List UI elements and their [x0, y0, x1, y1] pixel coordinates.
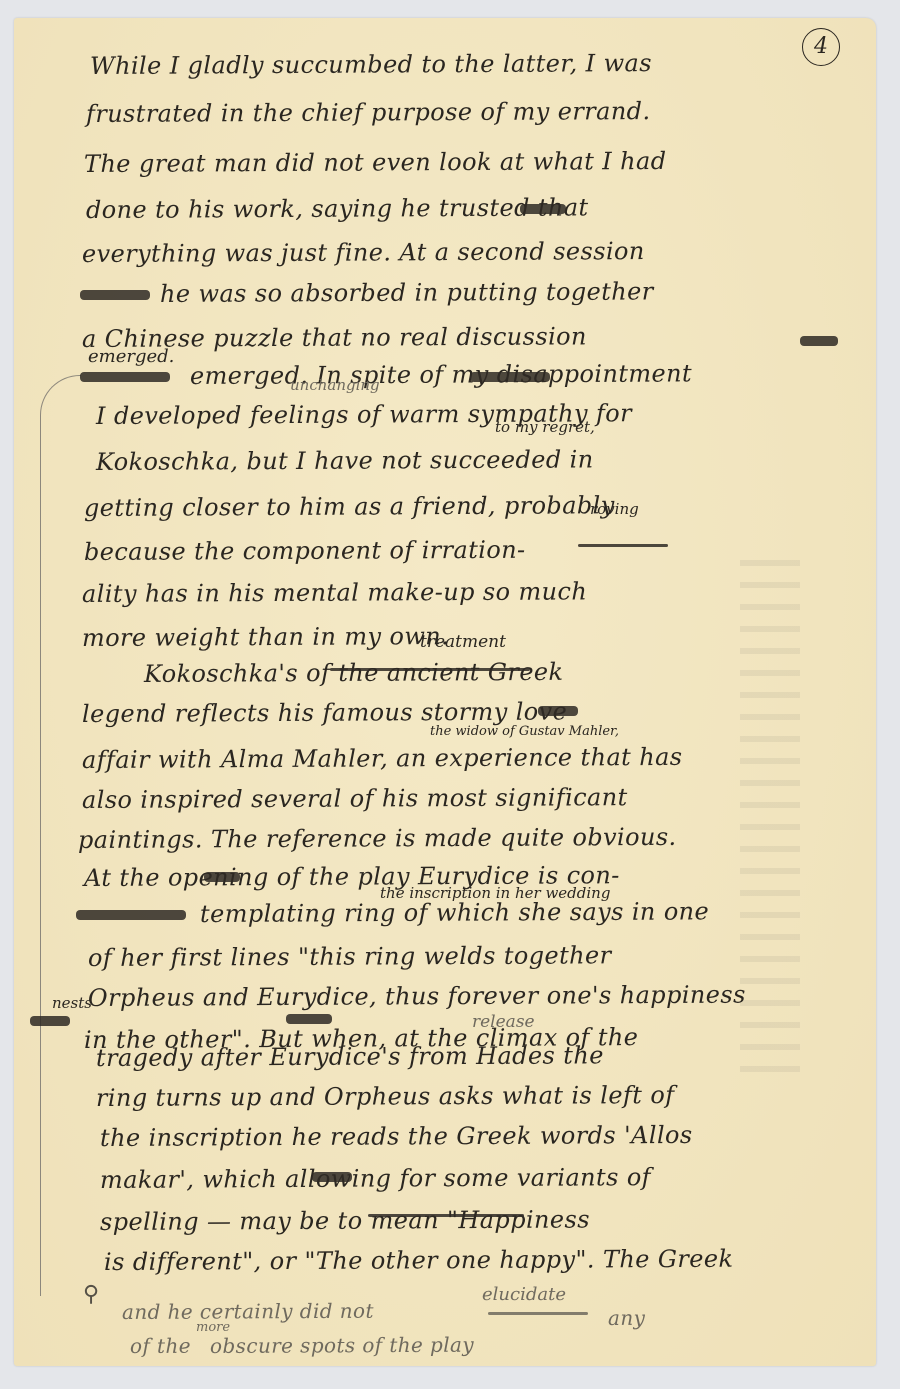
text-line-25: tragedy after Eurydice's from Hades the — [96, 1041, 604, 1072]
insertion-emerged: emerged. — [88, 346, 174, 367]
text-line-4: done to his work, saying he trusted that — [86, 193, 589, 224]
pencil-insertion-elucidate: elucidate — [482, 1284, 566, 1305]
strikeout — [286, 1014, 332, 1024]
strikeout — [80, 372, 170, 382]
text-line-1: While I gladly succumbed to the latter, … — [90, 49, 652, 80]
margin-insertion-line — [40, 375, 81, 1296]
text-line-3: The great man did not even look at what … — [84, 147, 667, 178]
text-line-11: getting closer to him as a friend, proba… — [84, 491, 615, 522]
insertion-roving: roving — [590, 500, 639, 518]
strikeout — [538, 706, 578, 716]
insertion-widow: the widow of Gustav Mahler, — [430, 724, 619, 739]
strikeout — [204, 872, 240, 882]
text-line-6: he was so absorbed in putting together — [160, 277, 654, 308]
text-line-5: everything was just fine. At a second se… — [82, 237, 645, 268]
insertion-unchanging: unchanging — [290, 376, 380, 394]
pencil-note-line-1a: and he certainly did not — [122, 1299, 374, 1324]
text-line-10: Kokoschka, but I have not succeeded in — [96, 445, 594, 476]
text-line-21: templating ring of which she says in one — [200, 897, 709, 928]
strikeout — [520, 204, 566, 214]
text-line-8: emerged. In spite of my disappointment — [190, 359, 692, 390]
insertion-treatment: treatment — [420, 632, 506, 652]
strikeout-interpreted — [368, 1214, 524, 1217]
pencil-note-line-2b: obscure spots of the play — [210, 1333, 474, 1358]
strikeout — [30, 1016, 70, 1026]
text-line-22: of her first lines "this ring welds toge… — [88, 941, 612, 972]
strikeout-explain — [488, 1312, 588, 1315]
text-line-19: paintings. The reference is made quite o… — [78, 823, 677, 854]
text-line-26: ring turns up and Orpheus asks what is l… — [96, 1081, 675, 1112]
insertion-mark-icon: ⚲ — [83, 1282, 99, 1307]
strikeout — [470, 372, 550, 382]
text-line-14: more weight than in my own. — [82, 622, 449, 652]
text-line-27: the inscription he reads the Greek words… — [100, 1121, 693, 1152]
strikeout — [800, 336, 838, 346]
insertion-to-my-regret: to my regret, — [495, 418, 595, 436]
text-line-2: frustrated in the chief purpose of my er… — [86, 97, 651, 128]
text-line-12: because the component of irration- — [84, 536, 526, 566]
strikeout — [312, 1172, 352, 1182]
insertion-release: release — [472, 1012, 535, 1032]
pencil-insertion-more: more — [196, 1320, 230, 1335]
text-line-30: is different", or "The other one happy".… — [104, 1245, 734, 1276]
pencil-note-line-1b: any — [608, 1306, 645, 1330]
pencil-note-line-2a: of the — [130, 1334, 191, 1358]
strikeout — [80, 290, 150, 300]
text-line-29: spelling — may be to mean "Happiness — [100, 1205, 590, 1236]
strikeout-interpretation — [330, 668, 530, 671]
text-line-28: makar', which allowing for some variants… — [100, 1163, 651, 1194]
text-line-18: also inspired several of his most signif… — [82, 783, 628, 814]
insertion-nests: nests — [52, 994, 92, 1012]
text-line-13: ality has in his mental make-up so much — [82, 577, 587, 608]
text-line-17: affair with Alma Mahler, an experience t… — [82, 743, 683, 774]
page-number: 4 — [802, 28, 840, 66]
strikeout — [76, 910, 186, 920]
text-line-23: Orpheus and Eurydice, thus forever one's… — [88, 981, 746, 1012]
text-line-15: Kokoschka's of the ancient Greek — [144, 658, 564, 688]
bleed-through-shadow — [740, 560, 800, 1080]
strikeout-vagrant — [578, 544, 668, 547]
